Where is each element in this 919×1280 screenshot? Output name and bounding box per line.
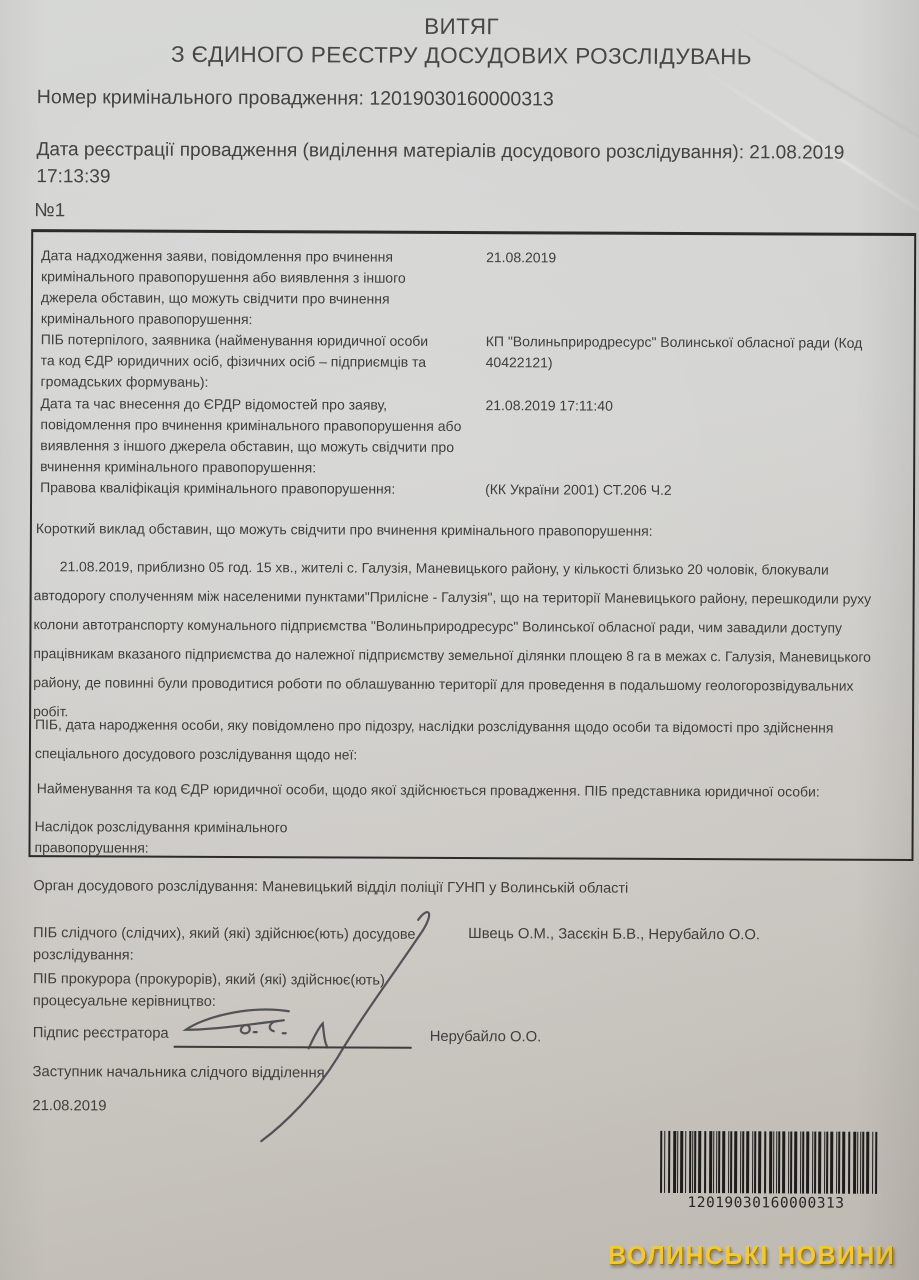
row-value-legal-qualification: (КК України 2001) СТ.206 Ч.2 bbox=[485, 479, 909, 502]
document-body: ВИТЯГ З ЄДИНОГО РЕЄСТРУ ДОСУДОВИХ РОЗСЛІ… bbox=[0, 0, 919, 1280]
suspect-label: ПІБ, дата народження особи, яку повідомл… bbox=[35, 710, 911, 772]
barcode: 12019030160000313 bbox=[660, 1131, 872, 1212]
record-table: Дата надходження заяви, повідомлення про… bbox=[28, 229, 916, 861]
title-line-1: ВИТЯГ bbox=[2, 10, 919, 43]
row-value-erdr-entry: 21.08.2019 17:11:40 bbox=[485, 395, 909, 418]
barcode-number: 12019030160000313 bbox=[660, 1195, 872, 1212]
summary-heading: Короткий виклад обставин, що можуть свід… bbox=[36, 520, 653, 539]
registration-date-line: Дата реєстрації провадження (виділення м… bbox=[36, 136, 844, 194]
title-line-2: З ЄДИНОГО РЕЄСТРУ ДОСУДОВИХ РОЗСЛІДУВАНЬ bbox=[2, 39, 919, 72]
case-number-line: Номер кримінального провадження: 1201903… bbox=[37, 86, 554, 111]
legal-entity-label: Найменування та код ЄДР юридичної особи,… bbox=[37, 780, 913, 800]
registrar-position: Заступник начальника слідчого відділення bbox=[33, 1064, 325, 1081]
document-title: ВИТЯГ З ЄДИНОГО РЕЄСТРУ ДОСУДОВИХ РОЗСЛІ… bbox=[2, 10, 919, 72]
row-value-victim: КП "Волиньприродресурс" Волинської облас… bbox=[486, 331, 910, 375]
summary-text: 21.08.2019, приблизно 05 год. 15 хв., жи… bbox=[33, 552, 912, 730]
row-label-erdr-entry: Дата та час внесення до ЄРДР відомостей … bbox=[40, 393, 461, 479]
outcome-label: Наслідок розслідування кримінального пра… bbox=[34, 816, 287, 859]
row-label-victim: ПІБ потерпілого, заявника (найменування … bbox=[41, 329, 429, 394]
record-number: №1 bbox=[34, 200, 65, 222]
document-date: 21.08.2019 bbox=[32, 1098, 106, 1114]
investigation-authority-line: Орган досудового розслідування: Маневиць… bbox=[33, 878, 628, 897]
row-value-receipt-date: 21.08.2019 bbox=[486, 247, 910, 270]
handwritten-signature bbox=[147, 899, 468, 1160]
row-label-legal-qualification: Правова кваліфікація кримінального право… bbox=[40, 477, 395, 500]
row-label-receipt-date: Дата надходження заяви, повідомлення про… bbox=[41, 245, 406, 331]
investigators-names: Швець О.М., Засєкін Б.В., Нерубайло О.О. bbox=[468, 926, 760, 943]
news-watermark: ВОЛИНСЬКІ НОВИНИ bbox=[608, 1240, 895, 1271]
barcode-bars bbox=[660, 1131, 872, 1194]
scanned-document-photo: ВИТЯГ З ЄДИНОГО РЕЄСТРУ ДОСУДОВИХ РОЗСЛІ… bbox=[0, 0, 919, 1280]
